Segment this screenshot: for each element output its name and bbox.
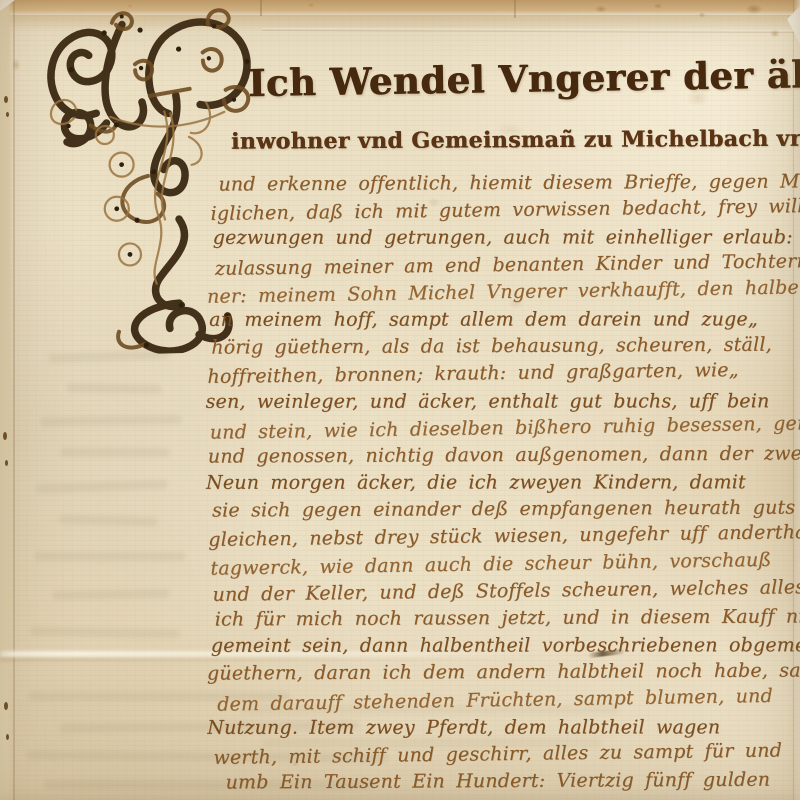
edge-speck bbox=[6, 112, 9, 117]
show-through-line bbox=[34, 552, 186, 561]
show-through-line bbox=[36, 480, 168, 494]
manuscript-line: hoffreithen, bronnen; krauth: und graßga… bbox=[207, 356, 800, 391]
left-paper-edge bbox=[0, 0, 13, 800]
edge-speck bbox=[4, 702, 8, 710]
manuscript-line: Neun morgen äcker, die ich zweyen Kinder… bbox=[206, 469, 800, 497]
show-through-line bbox=[58, 515, 158, 527]
torn-corner-top-left bbox=[0, 0, 15, 11]
heading-line-2: inwohner vnd Gemeinsmañ zu Michelbach vr… bbox=[231, 125, 800, 154]
manuscript-line: ich für mich noch raussen jetzt, und in … bbox=[215, 603, 800, 633]
manuscript-body: und erkenne offentlich, hiemit diesem Br… bbox=[204, 168, 800, 796]
manuscript-page: Ich Wendel Vngerer der ältere inwohner v… bbox=[0, 0, 800, 800]
edge-speck bbox=[3, 432, 7, 440]
edge-speck bbox=[6, 734, 9, 740]
edge-speck bbox=[4, 96, 8, 103]
show-through-line bbox=[40, 415, 182, 426]
manuscript-line: iglichen, daß ich mit gutem vorwissen be… bbox=[210, 193, 800, 228]
manuscript-line: umb Ein Tausent Ein Hundert: Viertzig fü… bbox=[225, 767, 800, 797]
manuscript-line: gemeint sein, dann halbentheil vorbeschr… bbox=[211, 632, 800, 660]
manuscript-line: gezwungen und getrungen, auch mit einhel… bbox=[213, 225, 800, 253]
show-through-line bbox=[52, 589, 170, 600]
show-through-line bbox=[60, 448, 170, 457]
show-through-line bbox=[30, 627, 180, 639]
left-edge-seam bbox=[13, 0, 15, 800]
show-through-line bbox=[66, 383, 162, 394]
manuscript-line: an meinem hoff, sampt allem dem darein u… bbox=[209, 306, 800, 334]
top-edge-seam bbox=[514, 0, 516, 18]
heading-line-1: Ich Wendel Vngerer der ältere bbox=[248, 51, 800, 105]
edge-speck bbox=[5, 460, 8, 466]
